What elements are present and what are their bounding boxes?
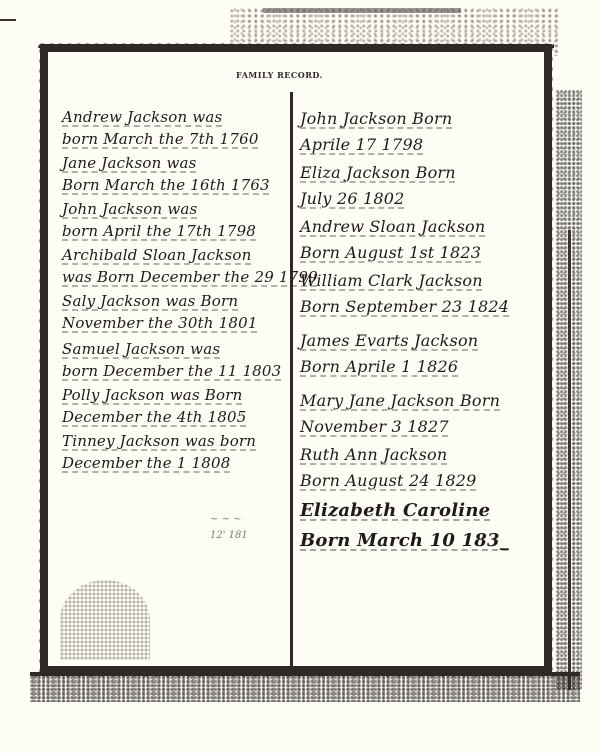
entry-line: July 26 1802 [300,186,540,212]
entry-line: born December the 11 1803 [62,360,284,382]
entry-line: Andrew Jackson was [62,106,284,128]
entry-line: Born March the 16th 1763 [62,174,284,196]
left-column-entries: Andrew Jackson was born March the 7th 17… [62,106,284,476]
entry-line: William Clark Jackson [300,268,540,294]
entry-line: was Born December the 29 1799 [62,266,284,288]
record-entry-jane-jackson: Jane Jackson was Born March the 16th 176… [62,152,284,196]
scan-line-right [568,230,571,690]
entry-line: Samuel Jackson was [62,338,284,360]
entry-line: Eliza Jackson Born [300,160,540,186]
column-divider [290,92,293,667]
faint-handwriting-marks: ~ ~ ~ 12' 181 [210,512,248,544]
family-record-title: FAMILY RECORD. [236,70,323,80]
record-entry-john-jackson: John Jackson was born April the 17th 179… [62,198,284,242]
record-entry-polly-jackson: Polly Jackson was Born December the 4th … [62,384,284,428]
entry-line: Born August 1st 1823 [300,240,540,266]
record-entry-andrew-sloan-jackson: Andrew Sloan Jackson Born August 1st 182… [300,214,540,266]
scan-mark [0,19,16,21]
record-entry-elizabeth-caroline: Elizabeth Caroline Born March 10 183_ [300,496,540,556]
entry-line: Born August 24 1829 [300,468,540,494]
entry-line: Polly Jackson was Born [62,384,284,406]
entry-line: Saly Jackson was Born [62,290,284,312]
entry-line: Born March 10 183_ [300,526,540,556]
record-entry-ruth-ann-jackson: Ruth Ann Jackson Born August 24 1829 [300,442,540,494]
entry-line: November 3 1827 [300,414,540,440]
faint-mark-line: 12' 181 [210,528,248,544]
record-entry-william-clark-jackson: William Clark Jackson Born September 23 … [300,268,540,320]
record-entry-archibald-sloan-jackson: Archibald Sloan Jackson was Born Decembe… [62,244,284,288]
entry-line: Born Aprile 1 1826 [300,354,540,380]
entry-line: Mary Jane Jackson Born [300,388,540,414]
entry-line: Elizabeth Caroline [300,496,540,526]
scalloped-border-bottom [30,672,580,702]
record-entry-andrew-jackson: Andrew Jackson was born March the 7th 17… [62,106,284,150]
record-entry-samuel-jackson: Samuel Jackson was born December the 11 … [62,338,284,382]
faint-mark-line: ~ ~ ~ [210,512,248,528]
entry-line: December the 4th 1805 [62,406,284,428]
entry-line: Ruth Ann Jackson [300,442,540,468]
record-entry-eliza-jackson: Eliza Jackson Born July 26 1802 [300,160,540,212]
entry-line: Tinney Jackson was born [62,430,284,452]
entry-line: Born September 23 1824 [300,294,540,320]
entry-line: John Jackson was [62,198,284,220]
entry-line: November the 30th 1801 [62,312,284,334]
scanned-document-page: FAMILY RECORD. Andrew Jackson was born M… [0,0,600,753]
record-entry-tinney-jackson: Tinney Jackson was born December the 1 1… [62,430,284,474]
entry-line: December the 1 1808 [62,452,284,474]
entry-line: Andrew Sloan Jackson [300,214,540,240]
record-entry-john-jackson-2: John Jackson Born Aprile 17 1798 [300,106,540,158]
entry-line: born March the 7th 1760 [62,128,284,150]
entry-line: Jane Jackson was [62,152,284,174]
record-entry-james-evarts-jackson: James Evarts Jackson Born Aprile 1 1826 [300,328,540,380]
entry-line: Archibald Sloan Jackson [62,244,284,266]
scan-smudge-corner [60,580,150,660]
record-entry-saly-jackson: Saly Jackson was Born November the 30th … [62,290,284,334]
right-column-entries: John Jackson Born Aprile 17 1798 Eliza J… [300,106,540,558]
record-entry-mary-jane-jackson: Mary Jane Jackson Born November 3 1827 [300,388,540,440]
entry-line: James Evarts Jackson [300,328,540,354]
entry-line: born April the 17th 1798 [62,220,284,242]
entry-line: Aprile 17 1798 [300,132,540,158]
entry-line: John Jackson Born [300,106,540,132]
